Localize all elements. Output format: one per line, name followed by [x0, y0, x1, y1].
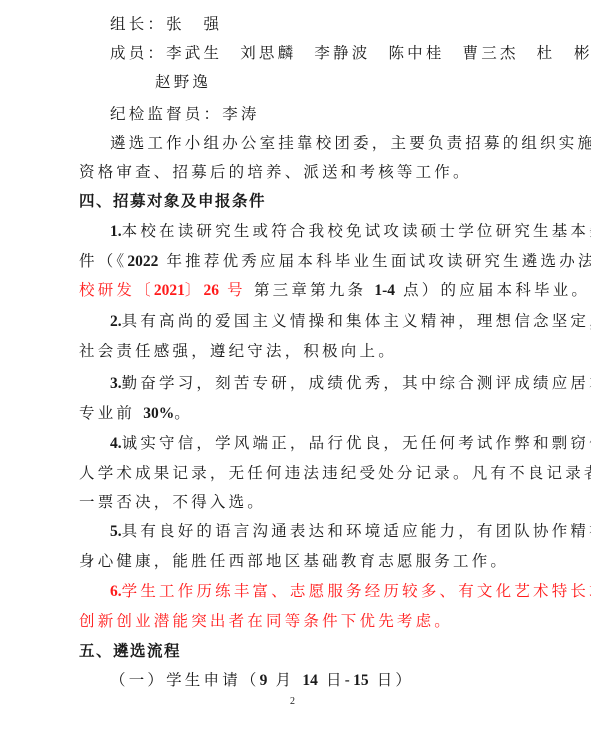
page-number: 2 [290, 696, 295, 707]
office-paragraph-line2: 资格审查、招募后的培养、派送和考核等工作。 [79, 162, 472, 182]
members-continuation: 赵野逸 [155, 72, 211, 92]
members-line: 成员：李武生刘思麟李静波陈中桂曹三杰杜 彬 [110, 43, 591, 63]
member-name: 曹三杰 [463, 44, 519, 62]
leader-name: 张 强 [166, 15, 222, 33]
leader-label: 组长： [110, 15, 166, 33]
section4-heading: 四、招募对象及申报条件 [79, 191, 266, 211]
member-name: 刘思麟 [240, 44, 296, 62]
supervisor-label: 纪检监督员： [110, 105, 222, 123]
condition-4-line3: 一票否决，不得入选。 [79, 492, 266, 512]
condition-number: 1. [110, 223, 122, 240]
condition-1-line3: 校研发〔2021〕26 号 第三章第九条 1-4 点）的应届本科毕业。 [79, 280, 590, 301]
office-paragraph-line1: 遴选工作小组办公室挂靠校团委，主要负责招募的组织实施、 [110, 133, 591, 153]
condition-1-line1: 1.本校在读研究生或符合我校免试攻读硕士学位研究生基本条 [110, 221, 591, 242]
condition-number: 2. [110, 313, 122, 330]
section5-sub1: （一）学生申请（9 月 14 日-15 日） [110, 670, 414, 691]
condition-4-line1: 4.诚实守信，学风端正，品行优良，无任何考试作弊和剽窃他 [110, 433, 591, 454]
condition-3-line2: 专业前 30%。 [79, 403, 193, 424]
supervisor-name: 李涛 [222, 105, 259, 123]
member-name: 杜 彬 [537, 44, 591, 62]
condition-6-line1: 6.学生工作历练丰富、志愿服务经历较多、有文化艺术特长或 [110, 581, 591, 602]
condition-5-line2: 身心健康，能胜任西部地区基础教育志愿服务工作。 [79, 551, 509, 571]
leader-line: 组长：张 强 [110, 14, 222, 34]
condition-number: 6. [110, 583, 122, 600]
document-reference: 校研发〔2021〕26 号 [79, 281, 246, 299]
condition-number: 4. [110, 435, 122, 452]
condition-4-line2: 人学术成果记录，无任何违法违纪受处分记录。凡有不良记录者， [79, 463, 591, 483]
section5-heading: 五、遴选流程 [79, 641, 181, 661]
condition-5-line1: 5.具有良好的语言沟通表达和环境适应能力，有团队协作精神， [110, 521, 591, 542]
members-label: 成员： [110, 44, 166, 62]
condition-number: 3. [110, 375, 122, 392]
condition-2-line1: 2.具有高尚的爱国主义情操和集体主义精神，理想信念坚定， [110, 311, 591, 332]
member-name: 李武生 [166, 44, 222, 62]
member-name: 李静波 [314, 44, 370, 62]
condition-1-line2: 件（《2022 年推荐优秀应届本科毕业生面试攻读研究生遴选办法》 [79, 251, 591, 272]
condition-3-line1: 3.勤奋学习，刻苦专研，成绩优秀，其中综合测评成绩应居本 [110, 373, 591, 394]
supervisor-line: 纪检监督员：李涛 [110, 104, 260, 124]
condition-number: 5. [110, 523, 122, 540]
condition-2-line2: 社会责任感强，遵纪守法，积极向上。 [79, 341, 397, 361]
condition-6-line2: 创新创业潜能突出者在同等条件下优先考虑。 [79, 611, 453, 631]
member-name: 陈中桂 [388, 44, 444, 62]
